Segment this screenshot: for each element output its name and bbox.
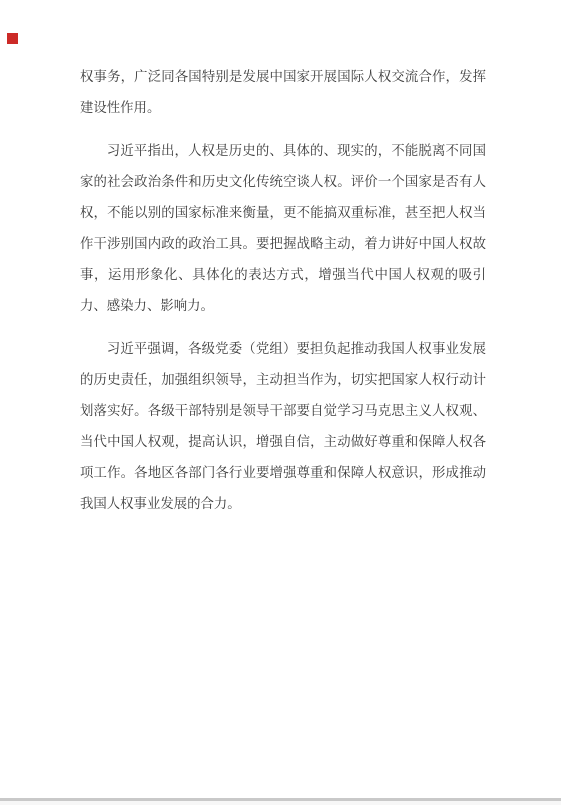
document-page: { "page": { "background": "#ffffff", "te… bbox=[0, 0, 561, 805]
bottom-edge-fill bbox=[0, 801, 561, 805]
paragraph: 权事务，广泛同各国特别是发展中国家开展国际人权交流合作，发挥建设性作用。 bbox=[80, 62, 486, 124]
paragraph: 习近平强调，各级党委（党组）要担负起推动我国人权事业发展的历史责任，加强组织领导… bbox=[80, 334, 486, 520]
red-marker-square bbox=[7, 33, 18, 44]
paragraph: 习近平指出，人权是历史的、具体的、现实的，不能脱离不同国家的社会政治条件和历史文… bbox=[80, 136, 486, 322]
article-body: 权事务，广泛同各国特别是发展中国家开展国际人权交流合作，发挥建设性作用。习近平指… bbox=[80, 62, 486, 532]
